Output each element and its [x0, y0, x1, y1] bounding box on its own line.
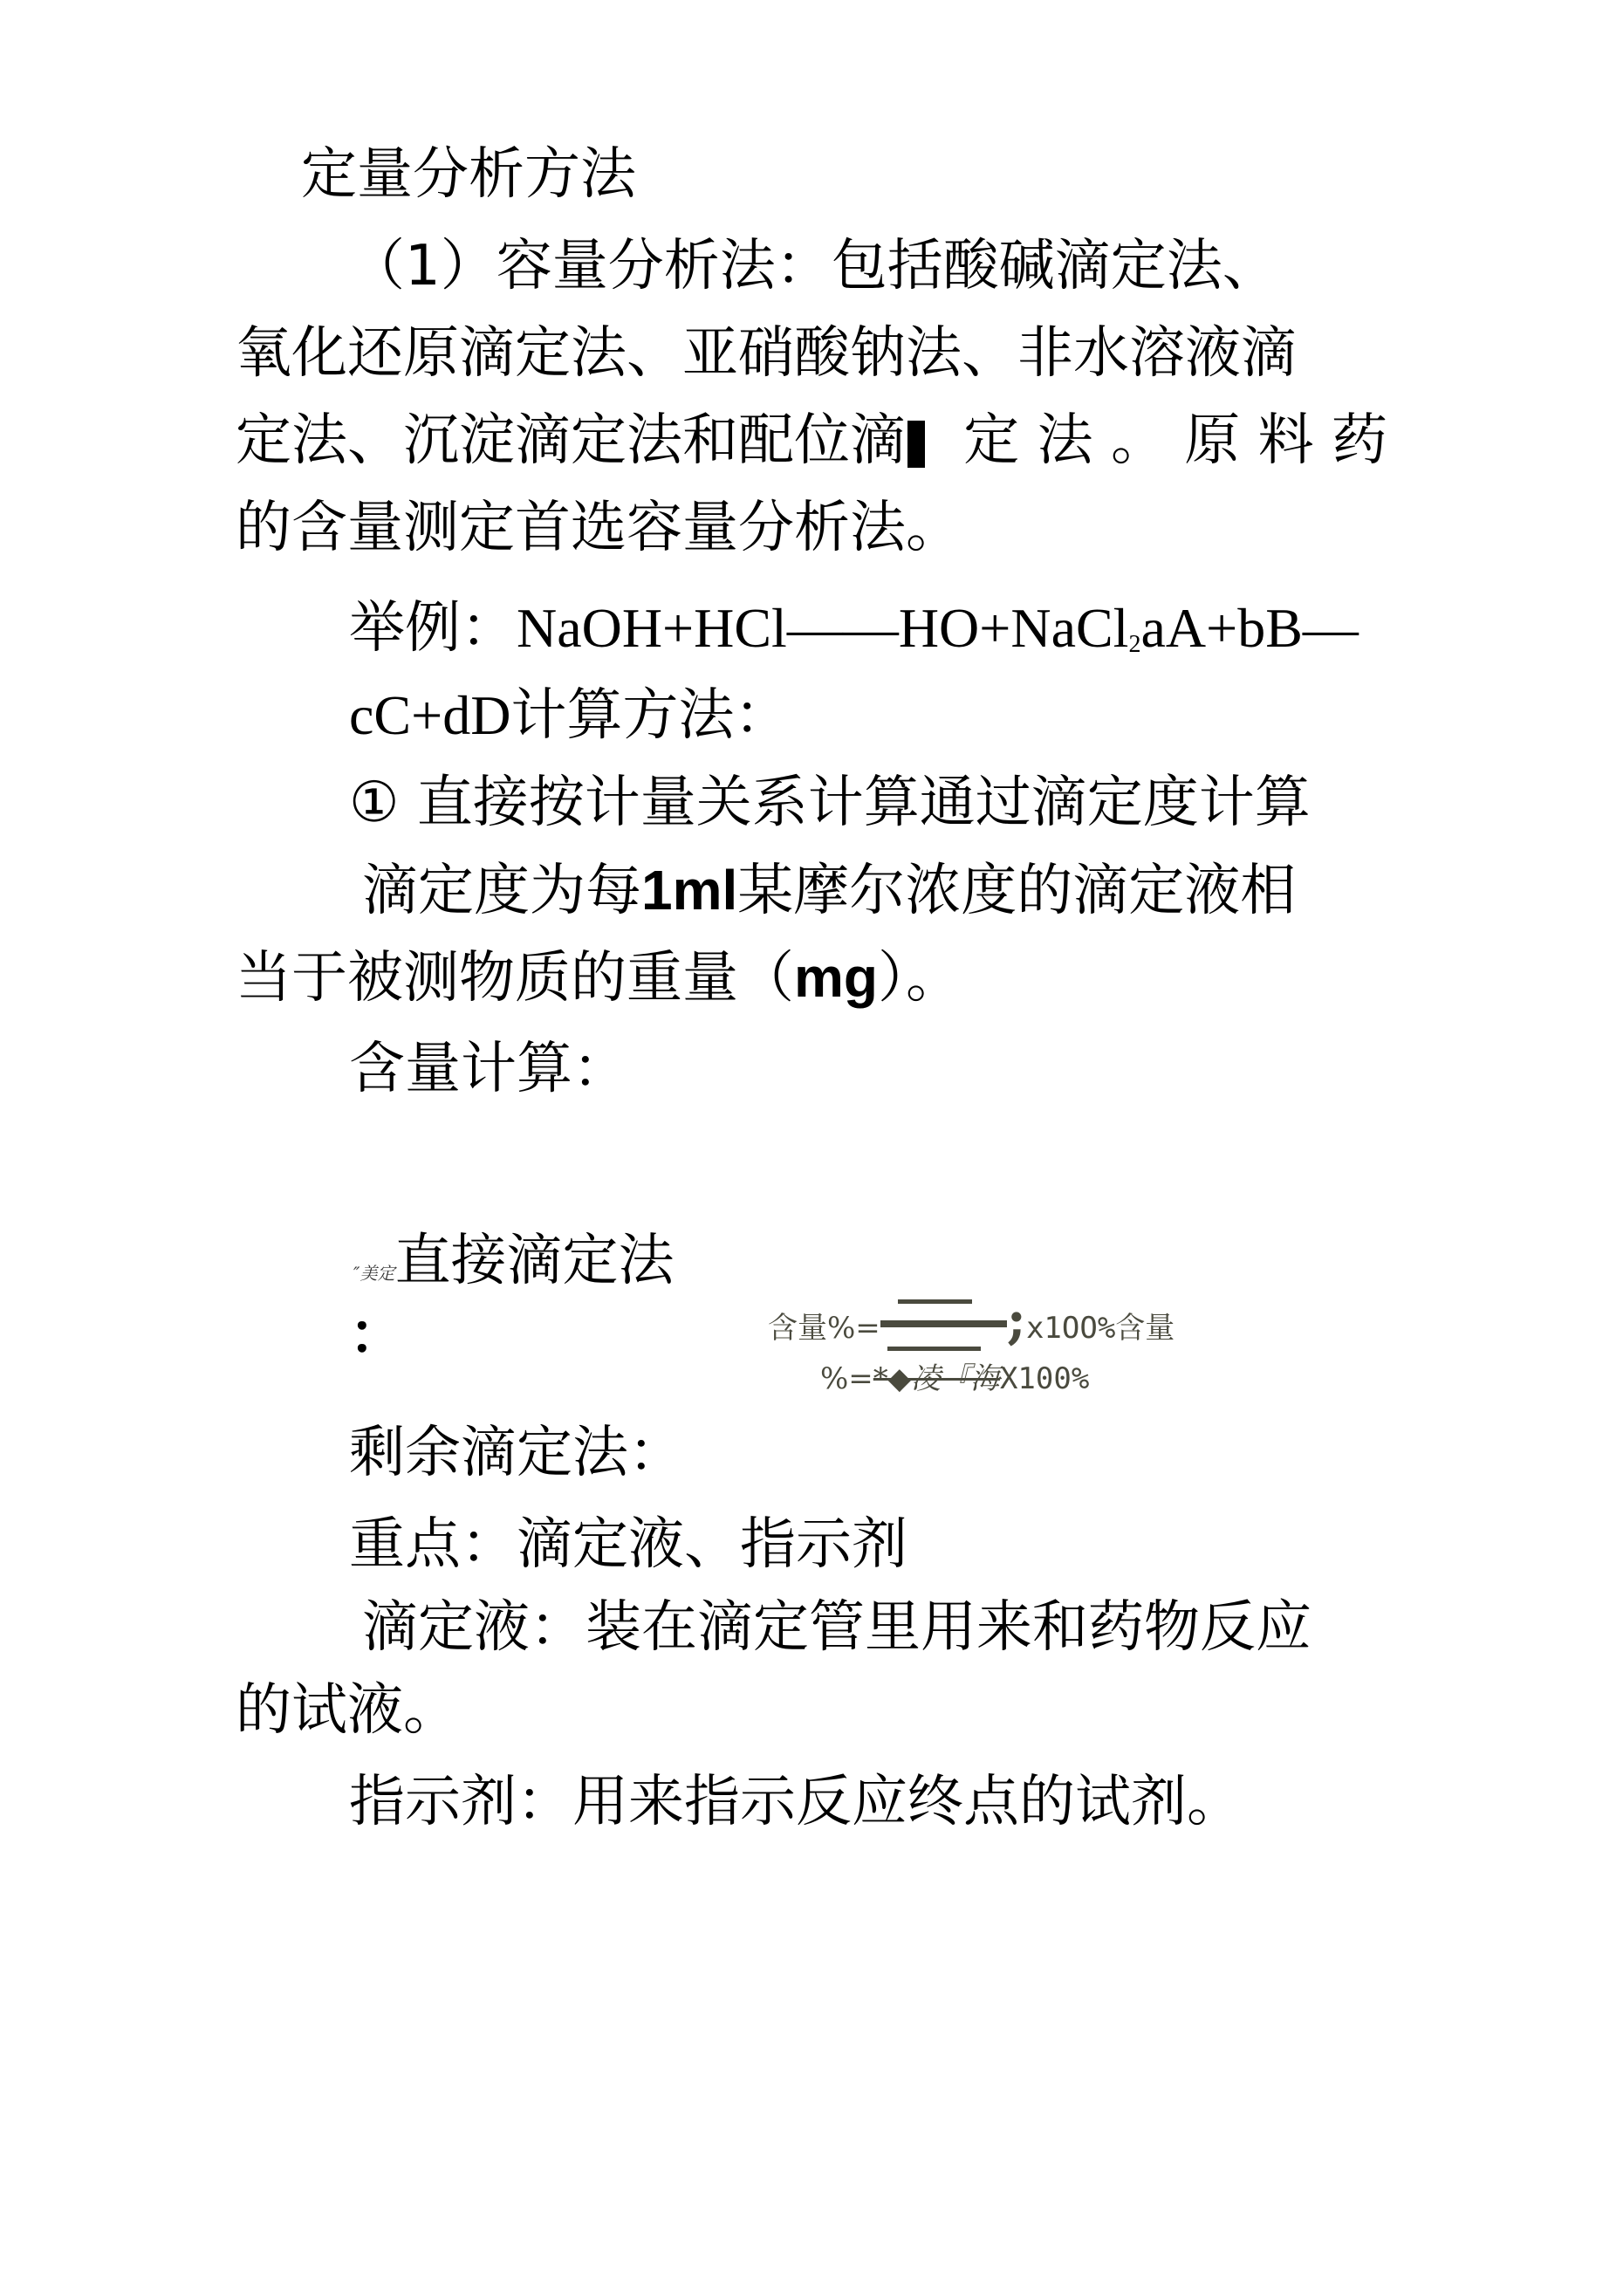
titrant-def-line2: 的试液。 — [236, 1676, 459, 1745]
direct-titration-label: ″美定直接滴定法 — [353, 1226, 674, 1308]
titer-def-line2: 当于被测物质的重量（mg）。 — [236, 942, 962, 1013]
content-calc-heading: 含量计算： — [349, 1034, 628, 1104]
titer-def-line1: 滴定度为每1ml某摩尔浓度的滴定液相 — [362, 855, 1296, 926]
section-title: 定量分析方法 — [301, 140, 636, 209]
para1-line2: 氧化还原滴定法、亚硝酸钠法、非水溶液滴 — [236, 319, 1297, 388]
content-formula-line2: %=*◆凌『海X100% — [820, 1353, 1089, 1405]
indicator-def: 指示剂：用来指示反应终点的试剂。 — [349, 1767, 1243, 1837]
titrant-def-line1: 滴定液：装在滴定管里用来和药物反应 — [362, 1593, 1311, 1662]
example-line2: cC+dD计算方法： — [349, 681, 790, 750]
method1-heading: ① 直接按计量关系计算通过滴定度计算 — [349, 768, 1311, 838]
para1-line3: 定法、沉淀滴定法和配位滴 定 法 。 原 料 药 — [236, 406, 1387, 476]
key-points: 重点：滴定液、指示剂 — [349, 1510, 907, 1580]
direct-titration-colon: ： — [349, 1300, 405, 1370]
para1-line4: 的含量测定首选容量分析法。 — [236, 493, 962, 563]
text-cursor-icon — [907, 421, 925, 468]
back-titration-heading: 剩余滴定法： — [349, 1418, 684, 1488]
example-line1: 举例：NaOH+HCl——HO+NaCl2aA+bB— — [349, 593, 1359, 680]
para1-line1: （1）容量分析法：包括酸碱滴定法、 — [349, 231, 1278, 301]
